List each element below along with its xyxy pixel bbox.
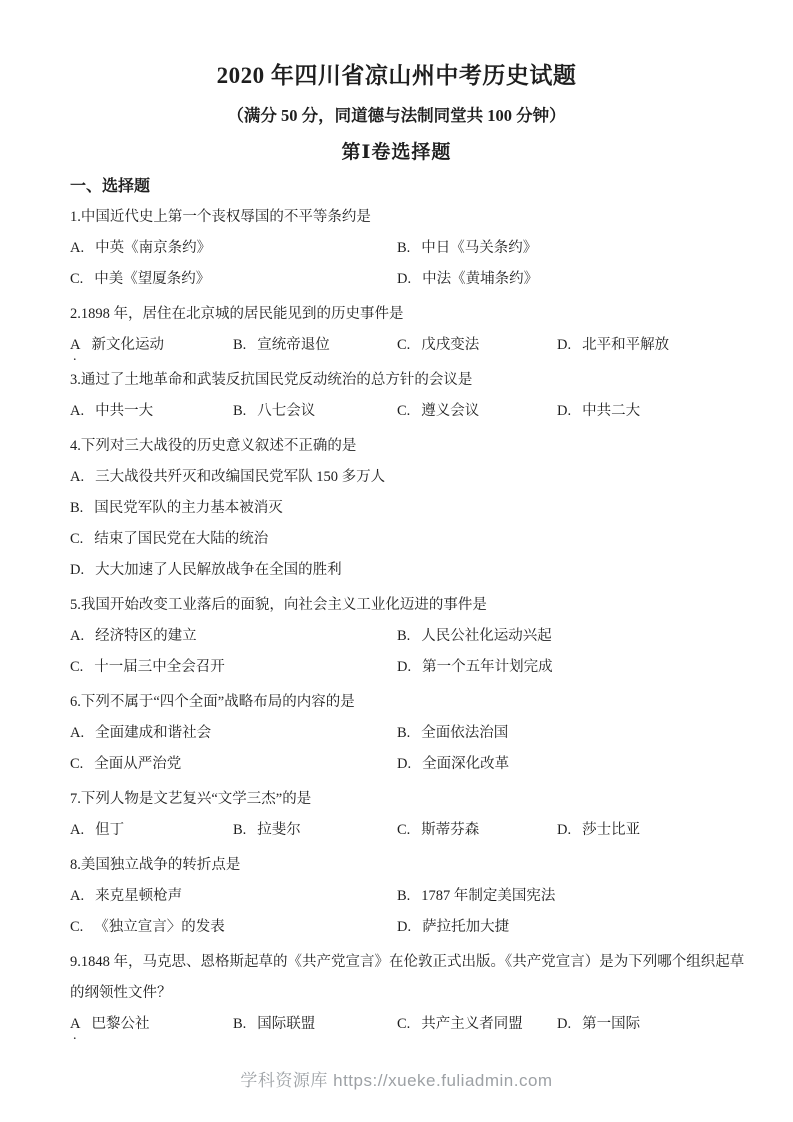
option-text: 莎士比亚: [582, 822, 640, 838]
option-text: 结束了国民党在大陆的统治: [94, 531, 268, 547]
question-4-option-c: C.结束了国民党在大陆的统治: [70, 524, 743, 555]
option-label: B.: [397, 888, 410, 904]
question-5-option-a: A.经济特区的建立: [70, 621, 397, 652]
question-2-option-d: D.北平和平解放: [557, 330, 743, 361]
exam-header: 2020 年四川省凉山州中考历史试题 （满分 50 分，同道德与法制同堂共 10…: [0, 0, 793, 164]
option-text: 拉斐尔: [257, 822, 301, 838]
question-8-option-c: C.《独立宣言〉的发表: [70, 912, 397, 943]
option-text: 第一个五年计划完成: [422, 659, 553, 675]
question-7-option-d: D.莎士比亚: [557, 815, 743, 846]
option-label: C.: [397, 1016, 410, 1032]
option-text: 中英《南京条约》: [95, 240, 211, 256]
option-label: D.: [557, 337, 571, 353]
option-label: D.: [397, 756, 411, 772]
option-text: 全面从严治党: [94, 756, 181, 772]
part-heading: 一、选择题: [70, 175, 743, 198]
option-label: A.: [70, 888, 84, 904]
option-text: 大大加速了人民解放战争在全国的胜利: [95, 562, 342, 578]
option-label: C.: [70, 531, 83, 547]
option-text: 北平和平解放: [582, 337, 669, 353]
question-2-text: 2.1898 年，居住在北京城的居民能见到的历史事件是: [70, 299, 743, 330]
question-8-option-d: D.萨拉托加大捷: [397, 912, 743, 943]
option-text: 国际联盟: [257, 1016, 315, 1032]
option-text: 1787 年制定美国宪法: [421, 888, 555, 904]
question-5-option-b: B.人民公社化运动兴起: [397, 621, 743, 652]
option-label: C.: [397, 337, 410, 353]
question-6-text: 6.下列不属于“四个全面”战略布局的内容的是: [70, 687, 743, 718]
question-6-option-b: B.全面依法治国: [397, 718, 743, 749]
option-text: 第一国际: [582, 1016, 640, 1032]
question-4-option-b: B.国民党军队的主力基本被消灭: [70, 493, 743, 524]
option-label: D.: [557, 822, 571, 838]
option-label: C.: [70, 271, 83, 287]
option-label: C.: [70, 756, 83, 772]
question-5-text: 5.我国开始改变工业落后的面貌，向社会主义工业化迈进的事件是: [70, 590, 743, 621]
option-label: D.: [70, 562, 84, 578]
option-text: 宣统帝退位: [257, 337, 330, 353]
question-2-option-a: A新文化运动.: [70, 330, 233, 361]
option-label: C.: [70, 659, 83, 675]
option-text: 全面建成和谐社会: [95, 725, 211, 741]
option-label: C.: [397, 403, 410, 419]
question-7-option-a: A.但丁: [70, 815, 233, 846]
question-9-option-d: D.第一国际: [557, 1009, 743, 1040]
option-text: 八七会议: [257, 403, 315, 419]
question-8-option-a: A.来克星顿枪声: [70, 881, 397, 912]
option-text: 全面依法治国: [421, 725, 508, 741]
question-8-option-b: B.1787 年制定美国宪法: [397, 881, 743, 912]
option-text: 斯蒂芬森: [421, 822, 479, 838]
question-7-options: A.但丁 B.拉斐尔 C.斯蒂芬森 D.莎士比亚: [70, 815, 743, 846]
question-3: 3.通过了土地革命和武装反抗国民党反动统治的总方针的会议是 A.中共一大 B.八…: [70, 365, 743, 427]
option-text: 十一届三中全会召开: [94, 659, 225, 675]
question-9-text-line2: 的纲领性文件？: [70, 978, 743, 1009]
question-1-text: 1.中国近代史上第一个丧权辱国的不平等条约是: [70, 202, 743, 233]
watermark-text: 学科资源库 https://xueke.fuliadmin.com: [240, 1071, 552, 1090]
option-label: D.: [397, 271, 411, 287]
option-text: 中共一大: [95, 403, 153, 419]
option-label: A.: [70, 469, 84, 485]
question-9-text-line1: 9.1848 年，马克思、恩格斯起草的《共产党宣言》在伦敦正式出版。《共产党宣言…: [70, 947, 743, 978]
question-6-option-d: D.全面深化改革: [397, 749, 743, 780]
section-heading: 第Ⅰ卷选择题: [0, 141, 793, 164]
option-text: 但丁: [95, 822, 124, 838]
question-3-text: 3.通过了土地革命和武装反抗国民党反动统治的总方针的会议是: [70, 365, 743, 396]
question-1: 1.中国近代史上第一个丧权辱国的不平等条约是 A.中英《南京条约》 B.中日《马…: [70, 202, 743, 295]
option-text: 中法《黄埔条约》: [422, 271, 538, 287]
question-9-option-a: A巴黎公社.: [70, 1009, 233, 1040]
option-text: 新文化运动: [91, 337, 164, 353]
option-text: 遵义会议: [421, 403, 479, 419]
question-1-option-b: B.中日《马关条约》: [397, 233, 743, 264]
scan-artifact-dot: .: [73, 1029, 77, 1043]
option-text: 国民党军队的主力基本被消灭: [94, 500, 283, 516]
option-label: B.: [397, 725, 410, 741]
option-text: 《独立宣言〉的发表: [94, 919, 225, 935]
option-label: B.: [397, 240, 410, 256]
question-5-options: A.经济特区的建立 B.人民公社化运动兴起 C.十一届三中全会召开 D.第一个五…: [70, 621, 743, 683]
question-6-option-c: C.全面从严治党: [70, 749, 397, 780]
option-label: D.: [557, 1016, 571, 1032]
question-7-option-c: C.斯蒂芬森: [397, 815, 557, 846]
question-3-options: A.中共一大 B.八七会议 C.遵义会议 D.中共二大: [70, 396, 743, 427]
question-7-option-b: B.拉斐尔: [233, 815, 397, 846]
option-text: 人民公社化运动兴起: [421, 628, 552, 644]
question-6-option-a: A.全面建成和谐社会: [70, 718, 397, 749]
scan-artifact-dot: .: [73, 350, 77, 364]
question-4-options: A.三大战役共歼灭和改编国民党军队 150 多万人 B.国民党军队的主力基本被消…: [70, 462, 743, 586]
question-9: 9.1848 年，马克思、恩格斯起草的《共产党宣言》在伦敦正式出版。《共产党宣言…: [70, 947, 743, 1040]
option-text: 经济特区的建立: [95, 628, 197, 644]
question-9-options: A巴黎公社. B.国际联盟 C.共产主义者同盟 D.第一国际: [70, 1009, 743, 1040]
exam-title: 2020 年四川省凉山州中考历史试题: [0, 62, 793, 90]
option-text: 全面深化改革: [422, 756, 509, 772]
option-label: B.: [70, 500, 83, 516]
option-label: D.: [557, 403, 571, 419]
option-label: A.: [70, 240, 84, 256]
option-text: 中美《望厦条约》: [94, 271, 210, 287]
question-4: 4.下列对三大战役的历史意义叙述不正确的是 A.三大战役共歼灭和改编国民党军队 …: [70, 431, 743, 586]
question-1-option-c: C.中美《望厦条约》: [70, 264, 397, 295]
option-text: 中日《马关条约》: [421, 240, 537, 256]
question-6: 6.下列不属于“四个全面”战略布局的内容的是 A.全面建成和谐社会 B.全面依法…: [70, 687, 743, 780]
exam-subtitle: （满分 50 分，同道德与法制同堂共 100 分钟）: [0, 105, 793, 127]
exam-body: 一、选择题 1.中国近代史上第一个丧权辱国的不平等条约是 A.中英《南京条约》 …: [0, 175, 793, 1040]
option-label: A.: [70, 822, 84, 838]
question-9-option-b: B.国际联盟: [233, 1009, 397, 1040]
option-label: A.: [70, 628, 84, 644]
option-label: B.: [233, 337, 246, 353]
option-text: 萨拉托加大捷: [422, 919, 509, 935]
question-4-option-d: D.大大加速了人民解放战争在全国的胜利: [70, 555, 743, 586]
option-label: B.: [233, 403, 246, 419]
question-1-option-a: A.中英《南京条约》: [70, 233, 397, 264]
option-label: A.: [70, 403, 84, 419]
option-label: C.: [70, 919, 83, 935]
option-text: 三大战役共歼灭和改编国民党军队 150 多万人: [95, 469, 385, 485]
option-text: 戊戌变法: [421, 337, 479, 353]
question-4-text: 4.下列对三大战役的历史意义叙述不正确的是: [70, 431, 743, 462]
question-3-option-b: B.八七会议: [233, 396, 397, 427]
option-label: C.: [397, 822, 410, 838]
question-1-option-d: D.中法《黄埔条约》: [397, 264, 743, 295]
question-2: 2.1898 年，居住在北京城的居民能见到的历史事件是 A新文化运动. B.宣统…: [70, 299, 743, 361]
option-label: B.: [397, 628, 410, 644]
question-4-option-a: A.三大战役共歼灭和改编国民党军队 150 多万人: [70, 462, 743, 493]
question-5-option-c: C.十一届三中全会召开: [70, 652, 397, 683]
question-1-options: A.中英《南京条约》 B.中日《马关条约》 C.中美《望厦条约》 D.中法《黄埔…: [70, 233, 743, 295]
question-2-option-b: B.宣统帝退位: [233, 330, 397, 361]
question-7-text: 7.下列人物是文艺复兴“文学三杰”的是: [70, 784, 743, 815]
option-text: 来克星顿枪声: [95, 888, 182, 904]
option-label: B.: [233, 822, 246, 838]
option-label: A.: [70, 725, 84, 741]
question-3-option-c: C.遵义会议: [397, 396, 557, 427]
question-2-option-c: C.戊戌变法: [397, 330, 557, 361]
page-footer: 学科资源库 https://xueke.fuliadmin.com: [0, 1066, 793, 1091]
exam-page: 2020 年四川省凉山州中考历史试题 （满分 50 分，同道德与法制同堂共 10…: [0, 0, 793, 1122]
question-9-option-c: C.共产主义者同盟: [397, 1009, 557, 1040]
question-7: 7.下列人物是文艺复兴“文学三杰”的是 A.但丁 B.拉斐尔 C.斯蒂芬森 D.…: [70, 784, 743, 846]
question-2-options: A新文化运动. B.宣统帝退位 C.戊戌变法 D.北平和平解放: [70, 330, 743, 361]
question-5: 5.我国开始改变工业落后的面貌，向社会主义工业化迈进的事件是 A.经济特区的建立…: [70, 590, 743, 683]
option-label: B.: [233, 1016, 246, 1032]
option-label: D.: [397, 919, 411, 935]
question-8-text: 8.美国独立战争的转折点是: [70, 850, 743, 881]
question-8: 8.美国独立战争的转折点是 A.来克星顿枪声 B.1787 年制定美国宪法 C.…: [70, 850, 743, 943]
question-5-option-d: D.第一个五年计划完成: [397, 652, 743, 683]
question-3-option-a: A.中共一大: [70, 396, 233, 427]
option-label: D.: [397, 659, 411, 675]
question-6-options: A.全面建成和谐社会 B.全面依法治国 C.全面从严治党 D.全面深化改革: [70, 718, 743, 780]
question-3-option-d: D.中共二大: [557, 396, 743, 427]
question-8-options: A.来克星顿枪声 B.1787 年制定美国宪法 C.《独立宣言〉的发表 D.萨拉…: [70, 881, 743, 943]
option-text: 共产主义者同盟: [421, 1016, 523, 1032]
option-text: 中共二大: [582, 403, 640, 419]
option-text: 巴黎公社: [91, 1016, 149, 1032]
